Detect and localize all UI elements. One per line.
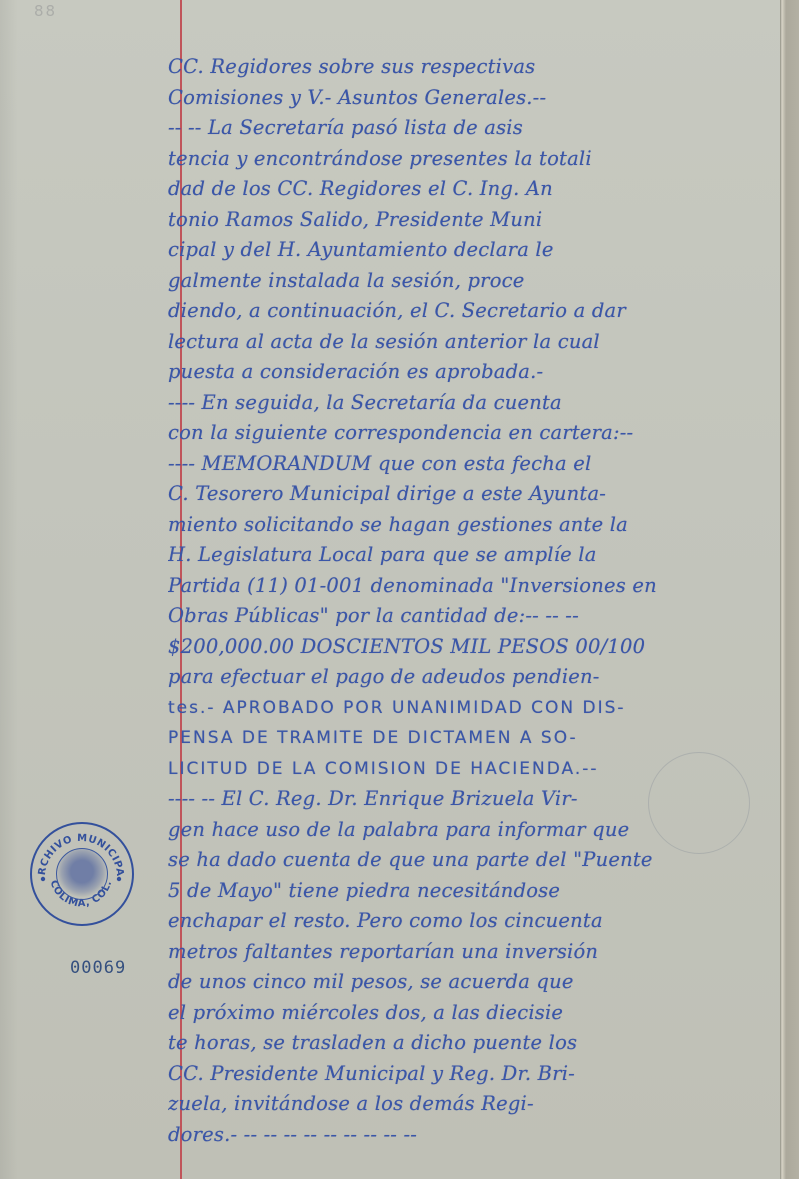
text-line: $200,000.00 DOSCIENTOS MIL PESOS 00/100	[168, 632, 768, 663]
text-line: con la siguiente correspondencia en cart…	[168, 418, 768, 449]
folio-number: 00069	[70, 958, 126, 978]
text-line: gen hace uso de la palabra para informar…	[168, 815, 768, 846]
text-line: dad de los CC. Regidores el C. Ing. An	[168, 174, 768, 205]
text-line: ---- En seguida, la Secretaría da cuenta	[168, 388, 768, 419]
text-line: ---- MEMORANDUM que con esta fecha el	[168, 449, 768, 480]
text-line: el próximo miércoles dos, a las diecisie	[168, 998, 768, 1029]
text-line: H. Legislatura Local para que se amplíe …	[168, 540, 768, 571]
text-line: LICITUD DE LA COMISION DE HACIENDA.--	[168, 754, 768, 785]
text-line: zuela, invitándose a los demás Regi-	[168, 1089, 768, 1120]
text-line: se ha dado cuenta de que una parte del "…	[168, 845, 768, 876]
text-line: lectura al acta de la sesión anterior la…	[168, 327, 768, 358]
text-line: dores.- -- -- -- -- -- -- -- -- --	[168, 1120, 768, 1151]
text-line: -- -- La Secretaría pasó lista de asis	[168, 113, 768, 144]
text-line: Obras Públicas" por la cantidad de:-- --…	[168, 601, 768, 632]
text-line: galmente instalada la sesión, proce	[168, 266, 768, 297]
page-edge	[780, 0, 799, 1179]
handwritten-text: CC. Regidores sobre sus respectivas Comi…	[168, 52, 768, 1150]
coat-of-arms-icon	[56, 848, 108, 900]
text-line: tes.- APROBADO POR UNANIMIDAD CON DIS-	[168, 693, 768, 724]
text-line: C. Tesorero Municipal dirige a este Ayun…	[168, 479, 768, 510]
text-line: ---- -- El C. Reg. Dr. Enrique Brizuela …	[168, 784, 768, 815]
text-line: Partida (11) 01-001 denominada "Inversio…	[168, 571, 768, 602]
text-line: diendo, a continuación, el C. Secretario…	[168, 296, 768, 327]
corner-page-number: 88	[34, 2, 57, 20]
text-line: PENSA DE TRAMITE DE DICTAMEN A SO-	[168, 723, 768, 754]
text-line: de unos cinco mil pesos, se acuerda que	[168, 967, 768, 998]
text-line: tencia y encontrándose presentes la tota…	[168, 144, 768, 175]
text-line: 5 de Mayo" tiene piedra necesitándose	[168, 876, 768, 907]
text-line: Comisiones y V.- Asuntos Generales.--	[168, 83, 768, 114]
archive-stamp: ARCHIVO MUNICIPAL COLIMA, COL.	[30, 822, 134, 926]
document-page: 88 CC. Regidores sobre sus respectivas C…	[0, 0, 780, 1179]
text-line: enchapar el resto. Pero como los cincuen…	[168, 906, 768, 937]
text-line: tonio Ramos Salido, Presidente Muni	[168, 205, 768, 236]
text-line: para efectuar el pago de adeudos pendien…	[168, 662, 768, 693]
text-line: miento solicitando se hagan gestiones an…	[168, 510, 768, 541]
text-line: cipal y del H. Ayuntamiento declara le	[168, 235, 768, 266]
text-line: metros faltantes reportarían una inversi…	[168, 937, 768, 968]
text-line: puesta a consideración es aprobada.-	[168, 357, 768, 388]
text-line: CC. Regidores sobre sus respectivas	[168, 52, 768, 83]
text-line: CC. Presidente Municipal y Reg. Dr. Bri-	[168, 1059, 768, 1090]
text-line: te horas, se trasladen a dicho puente lo…	[168, 1028, 768, 1059]
